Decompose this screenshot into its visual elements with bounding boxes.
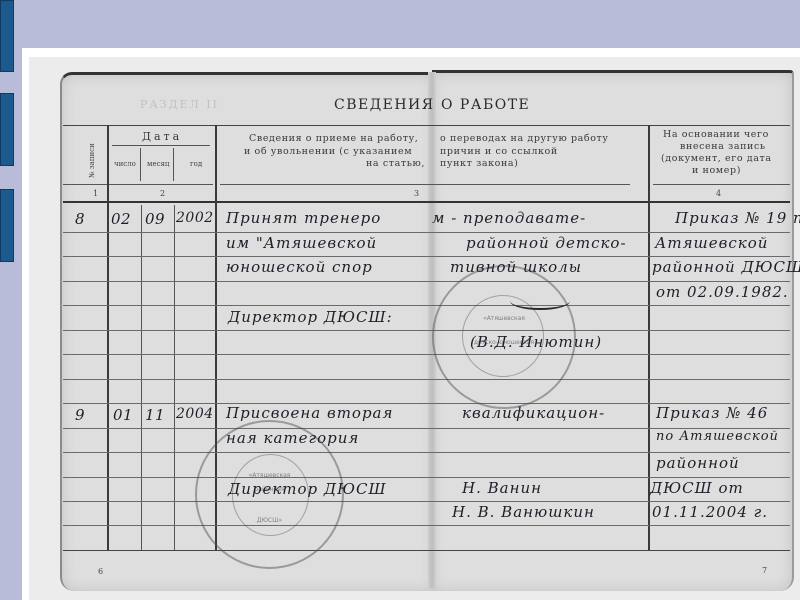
entry-signature: Н. Ванин <box>462 479 542 497</box>
page-number-left: 6 <box>98 567 103 576</box>
basis-header-line3: (документ, его дата <box>661 154 772 165</box>
entry-day: 01 <box>113 406 133 424</box>
sidebar-bar-1 <box>0 0 14 72</box>
entry-info-line: м - преподавате- <box>432 209 586 227</box>
col-divider-day <box>140 148 141 181</box>
entry-info-line: тивной школы <box>450 258 582 276</box>
faint-header-imprint: РАЗДЕЛ II <box>140 98 219 111</box>
entry-month: 11 <box>145 406 165 424</box>
entry-basis-line: Приказ № 46 <box>656 404 768 422</box>
date-header: Дата <box>142 131 182 144</box>
entry-basis-line: Атяшевской <box>655 234 768 252</box>
header-bottom-border-left <box>63 184 213 185</box>
entry-year: 2004 <box>176 406 214 422</box>
info-header-line1: Сведения о приеме на работу, <box>249 134 418 145</box>
sidebar-bar-3 <box>0 189 14 262</box>
column-number-1: 1 <box>93 189 98 198</box>
page-title-left: СВЕДЕНИЯ <box>334 97 435 113</box>
column-number-3: 3 <box>414 189 419 198</box>
entry-info-line: квалификацион- <box>462 404 605 422</box>
entry-basis-line: от 02.09.1982. <box>656 283 789 301</box>
entry-info-line: Присвоена вторая <box>226 404 393 422</box>
info-cont-header-line3: пункт закона) <box>440 159 518 170</box>
entry-signatory-name: Н. В. Ванюшкин <box>452 503 595 521</box>
colnum-bottom-border <box>63 201 790 203</box>
entry-month: 09 <box>145 210 165 228</box>
header-top-border <box>63 125 790 126</box>
day-header: число <box>114 160 136 168</box>
entry-info-line: Принят тренеро <box>226 209 381 227</box>
col-divider-month <box>173 148 174 181</box>
header-bottom-border-mid <box>220 184 630 185</box>
entry-day: 02 <box>111 210 131 228</box>
basis-header-line1: На основании чего <box>663 130 769 141</box>
entry-basis-line: районной ДЮСШ <box>652 258 800 276</box>
info-header-line3: на статью, <box>366 159 425 170</box>
entry-signatory-name: (В.Д. Инютин) <box>470 333 602 351</box>
info-cont-header-line1: о переводах на другую работу <box>440 134 609 145</box>
record-no-header: № записи <box>88 143 96 178</box>
entry-year: 2002 <box>176 210 214 226</box>
entry-number: 8 <box>75 210 85 228</box>
date-header-divider <box>112 145 210 146</box>
entry-number: 9 <box>75 406 85 424</box>
entry-basis-line: Приказ № 19 п <box>675 209 800 227</box>
entry-info-line: районной детско- <box>466 234 627 252</box>
entry-signatory: Директор ДЮСШ: <box>228 308 393 326</box>
basis-header-line4: и номер) <box>692 166 741 177</box>
director-signature <box>510 292 570 310</box>
year-header: год <box>190 160 202 168</box>
entry-basis-line: 01.11.2004 г. <box>652 503 768 521</box>
info-cont-header-line2: причин и со ссылкой <box>440 147 558 158</box>
page-number-right: 7 <box>762 566 767 575</box>
basis-header-line2: внесена запись <box>680 142 766 153</box>
entry-info-line: ная категория <box>226 429 359 447</box>
entry-basis-line: районной <box>656 454 740 472</box>
col-divider-1 <box>107 125 109 550</box>
column-number-4: 4 <box>716 189 721 198</box>
entry-info-line: им "Атяшевской <box>226 234 377 252</box>
entry-signatory: Директор ДЮСШ <box>228 480 387 498</box>
sidebar-bar-2 <box>0 93 14 166</box>
column-number-2: 2 <box>160 189 165 198</box>
header-bottom-border-right <box>653 184 790 185</box>
entry-basis-line: по Атяшевской <box>656 429 779 444</box>
entry-basis-line: ДЮСШ от <box>650 479 744 497</box>
info-header-line2: и об увольнении (с указанием <box>244 147 412 158</box>
month-header: месяц <box>147 160 169 168</box>
page-title-right: О РАБОТЕ <box>441 97 530 113</box>
entry-info-line: юношеской спор <box>226 258 373 276</box>
